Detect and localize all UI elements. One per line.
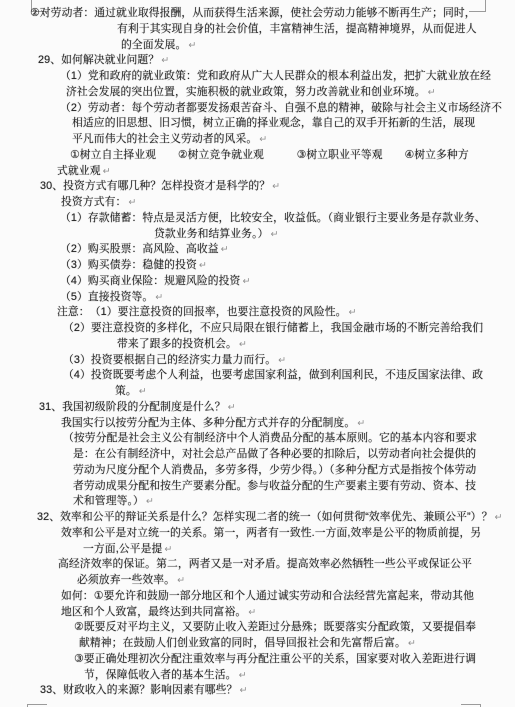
- paragraph-mark-icon: ↵: [248, 607, 256, 618]
- text-line-content: （1）党和政府的就业政策：党和政府从广大人民群众的根本利益出发，把扩大就业放在经: [60, 70, 491, 82]
- text-line: 必须放弃一些效率。↵: [0, 573, 515, 589]
- text-line: （4）投资既要考虑个人利益，也要考虑国家利益，做到利国利民，不违反国家法律、政: [0, 368, 515, 384]
- paragraph-mark-icon: ↵: [259, 134, 267, 145]
- text-line-content: 带来了跟多的投资机会。: [117, 338, 237, 350]
- text-line-content: 平凡而伟大的社会主义劳动者的风采。: [72, 133, 257, 145]
- text-line: 如何：①要允许和鼓励一部分地区和个人通过诚实劳动和合法经营先富起来，带动其他: [0, 589, 515, 605]
- text-line: 地区和个人致富，最终达到共同富裕。↵: [0, 605, 515, 621]
- paragraph-mark-icon: ↵: [128, 197, 136, 208]
- paragraph-mark-icon: ↵: [164, 544, 172, 555]
- text-line-content: 效率和公平是对立统一的关系。第一，两者有一致性.一方面,效率是公平的物质前提，另: [61, 527, 481, 539]
- text-line: （1）存款储蓄：特点是灵活方便，比较安全，收益低。（商业银行主要业务是存款业务、: [0, 211, 515, 227]
- text-line-content: 31、我国初级阶段的分配制度是什么？: [39, 401, 226, 413]
- text-line: 平凡而伟大的社会主义劳动者的风采。↵: [0, 132, 515, 148]
- text-line-content: 30、投资方式有哪几种？怎样投资才是科学的？: [40, 180, 270, 192]
- text-line-content: 相适应的旧思想、旧习惯，树立正确的择业观念，靠自己的双手开拓新的生活，展现: [72, 117, 475, 129]
- text-line-content: 术和管理等。）: [73, 495, 144, 507]
- text-line: 相适应的旧思想、旧习惯，树立正确的择业观念，靠自己的双手开拓新的生活，展现: [0, 116, 515, 132]
- paragraph-mark-icon: ↵: [103, 166, 111, 177]
- paragraph-mark-icon: ↵: [349, 307, 357, 318]
- text-line-content: 献精神；在鼓励人们创业致富的同时，倡导回报社会和先富帮后富。: [79, 637, 406, 649]
- text-line-content: 节，保障低收入者的基本生活。: [84, 669, 237, 681]
- text-line-content: ②既要反对平均主义，又要防止收入差距过分悬殊；既要落实分配政策，又要提倡奉: [74, 621, 476, 633]
- text-line: 术和管理等。）↵: [0, 494, 515, 510]
- text-line-content: （3）购买债券：稳健的投资: [60, 259, 197, 271]
- text-line-content: ①树立自主择业观 ②树立竞争就业观 ③树立职业平等观 ④树立多种方: [70, 149, 469, 161]
- text-line: 贷款业务和结算业务。）↵: [0, 227, 515, 243]
- text-line: 效率和公平是对立统一的关系。第一，两者有一致性.一方面,效率是公平的物质前提，另: [0, 526, 515, 542]
- paragraph-mark-icon: ↵: [272, 181, 280, 192]
- text-line-content: （2）要注意投资的多样化，不应只局限在银行储蓄上，我国金融市场的不断完善给我们: [63, 322, 483, 334]
- text-line-content: 的全面发展。: [121, 39, 186, 51]
- text-line-content: 注意： （1）要注意投资的回报率，也要注意投资的风险性。: [57, 306, 347, 318]
- text-line: （2）要注意投资的多样化，不应只局限在银行储蓄上，我国金融市场的不断完善给我们: [0, 321, 515, 337]
- paragraph-mark-icon: ↵: [239, 670, 247, 681]
- text-line-content: （2）劳动者：每个劳动者都要发扬艰苦奋斗、自强不息的精神，破除与社会主义市场经济…: [60, 102, 502, 114]
- text-line-content: （5）直接投资等。: [60, 291, 153, 303]
- text-line: 的全面发展。↵: [0, 38, 515, 54]
- text-line: 高经济效率的保证。第二，两者又是一对矛盾。提高效率必然牺牲一些公平或保证公平: [0, 557, 515, 573]
- text-line: 我国实行以按劳分配为主体、多种分配方式并存的分配制度。↵: [0, 416, 515, 432]
- text-line: 31、我国初级阶段的分配制度是什么？↵: [0, 400, 515, 416]
- text-line-content: 一方面,公平是提: [83, 543, 162, 555]
- document-content: ②对劳动者：通过就业取得报酬，从而获得生活来源，使社会劳动力能够不断再生产；同时…: [0, 6, 515, 699]
- text-line: （4）购买商业保险：规避风险的投资↵: [0, 274, 515, 290]
- text-line: 式就业观↵: [0, 164, 515, 180]
- text-line-content: 贷款业务和结算业务。）: [154, 228, 268, 240]
- text-line: ③要正确处理初次分配注重效率与再分配注重公平的关系，国家要对收入差距进行调: [0, 652, 515, 668]
- text-line-content: （4）投资既要考虑个人利益，也要考虑国家利益，做到利国利民，不违反国家法律、政: [63, 369, 483, 381]
- text-line-content: 29、如何解决就业问题？: [38, 54, 159, 66]
- paragraph-mark-icon: ↵: [188, 40, 196, 51]
- text-line-content: 我国实行以按劳分配为主体、多种分配方式并存的分配制度。: [61, 417, 355, 429]
- text-line: （5）直接投资等。↵: [0, 290, 515, 306]
- text-line: 是：在公有制经济中，对社会总产品做了各种必要的扣除后，以劳动者向社会提供的: [0, 447, 515, 463]
- text-line-content: 33、财政收入的来源？影响因素有哪些？: [40, 684, 237, 696]
- paragraph-mark-icon: ↵: [239, 339, 247, 350]
- text-line-content: 必须放弃一些效率。: [77, 574, 175, 586]
- text-line: 有利于其实现自身的社会价值，丰富精神生活，提高精神境界，从而促进人: [0, 22, 515, 38]
- text-line: 30、投资方式有哪几种？怎样投资才是科学的？↵: [0, 179, 515, 195]
- text-line-content: 策。: [115, 385, 137, 397]
- text-line: （按劳分配是社会主义公有制经济中个人消费品分配的基本原则。它的基本内容和要求: [0, 431, 515, 447]
- paragraph-mark-icon: ↵: [228, 402, 236, 413]
- text-line-content: 劳动为尺度分配个人消费品，多劳多得，少劳少得。）（多种分配方式是指按个体劳动: [73, 464, 476, 476]
- text-line-content: 有利于其实现自身的社会价值，丰富精神生活，提高精神境界，从而促进人: [117, 23, 477, 35]
- paragraph-mark-icon: ↵: [428, 87, 436, 98]
- text-line-content: （1）存款储蓄：特点是灵活方便，比较安全，收益低。（商业银行主要业务是存款业务、: [60, 212, 486, 224]
- text-line: 节，保障低收入者的基本生活。↵: [0, 668, 515, 684]
- text-line: 29、如何解决就业问题？↵: [0, 53, 515, 69]
- paragraph-mark-icon: ↵: [177, 575, 185, 586]
- text-line: ②对劳动者：通过就业取得报酬，从而获得生活来源，使社会劳动力能够不断再生产；同时…: [0, 6, 515, 22]
- text-line-content: 是：在公有制经济中，对社会总产品做了各种必要的扣除后，以劳动者向社会提供的: [73, 448, 476, 460]
- text-line-content: （按劳分配是社会主义公有制经济中个人消费品分配的基本原则。它的基本内容和要求: [63, 432, 477, 444]
- text-line-content: ③要正确处理初次分配注重效率与再分配注重公平的关系，国家要对收入差距进行调: [74, 653, 476, 665]
- text-line-content: （3）投资要根据自己的经济实力量力而行。: [63, 354, 276, 366]
- text-line: 者劳动成果分配和按生产要素分配。参与收益分配的生产要素主要有劳动、资本、技: [0, 479, 515, 495]
- text-line: 投资方式有：↵: [0, 195, 515, 211]
- text-line: 济社会发展的突出位置，实施积极的就业政策，努力改善就业和创业环境。↵: [0, 85, 515, 101]
- text-line-content: 济社会发展的突出位置，实施积极的就业政策，努力改善就业和创业环境。: [66, 86, 426, 98]
- text-line: （3）投资要根据自己的经济实力量力而行。↵: [0, 353, 515, 369]
- text-line-content: 32、效率和公平的辩证关系是什么？怎样实现二者的统一（如何贯彻“效率优先、兼顾公…: [37, 511, 492, 523]
- text-line: ②既要反对平均主义，又要防止收入差距过分悬殊；既要落实分配政策，又要提倡奉: [0, 620, 515, 636]
- paragraph-mark-icon: ↵: [139, 386, 147, 397]
- text-line: 献精神；在鼓励人们创业致富的同时，倡导回报社会和先富帮后富。↵: [0, 636, 515, 652]
- text-line-content: （4）购买商业保险：规避风险的投资: [60, 275, 240, 287]
- text-line-content: 者劳动成果分配和按生产要素分配。参与收益分配的生产要素主要有劳动、资本、技: [73, 480, 476, 492]
- text-line-content: ②对劳动者：通过就业取得报酬，从而获得生活来源，使社会劳动力能够不断再生产；同时…: [30, 7, 476, 19]
- paragraph-mark-icon: ↵: [221, 244, 229, 255]
- paragraph-mark-icon: ↵: [146, 496, 154, 507]
- text-line: （2）劳动者：每个劳动者都要发扬艰苦奋斗、自强不息的精神，破除与社会主义市场经济…: [0, 101, 515, 117]
- text-line: （1）党和政府的就业政策：党和政府从广大人民群众的根本利益出发，把扩大就业放在经: [0, 69, 515, 85]
- paragraph-mark-icon: ↵: [357, 418, 365, 429]
- text-line-content: 式就业观: [57, 165, 101, 177]
- paragraph-mark-icon: ↵: [161, 55, 169, 66]
- text-line-content: （2）购买股票：高风险、高收益: [60, 243, 219, 255]
- paragraph-mark-icon: ↵: [239, 685, 247, 696]
- paragraph-mark-icon: ↵: [155, 292, 163, 303]
- paragraph-mark-icon: ↵: [408, 638, 416, 649]
- text-line: 33、财政收入的来源？影响因素有哪些？↵: [0, 683, 515, 699]
- paragraph-mark-icon: ↵: [494, 512, 502, 523]
- text-line: ①树立自主择业观 ②树立竞争就业观 ③树立职业平等观 ④树立多种方: [0, 148, 515, 164]
- text-line: 带来了跟多的投资机会。↵: [0, 337, 515, 353]
- text-line: 32、效率和公平的辩证关系是什么？怎样实现二者的统一（如何贯彻“效率优先、兼顾公…: [0, 510, 515, 526]
- text-line-content: 投资方式有：: [61, 196, 126, 208]
- text-line: （3）购买债券：稳健的投资↵: [0, 258, 515, 274]
- text-line-content: 高经济效率的保证。第二，两者又是一对矛盾。提高效率必然牺牲一些公平或保证公平: [58, 558, 472, 570]
- document-page: ②对劳动者：通过就业取得报酬，从而获得生活来源，使社会劳动力能够不断再生产；同时…: [0, 0, 515, 707]
- text-line: 劳动为尺度分配个人消费品，多劳多得，少劳少得。）（多种分配方式是指按个体劳动: [0, 463, 515, 479]
- text-line: 注意： （1）要注意投资的回报率，也要注意投资的风险性。↵: [0, 305, 515, 321]
- paragraph-mark-icon: ↵: [278, 355, 286, 366]
- text-line-content: 如何：①要允许和鼓励一部分地区和个人通过诚实劳动和合法经营先富起来，带动其他: [61, 590, 474, 602]
- paragraph-mark-icon: ↵: [242, 276, 250, 287]
- text-line: 一方面,公平是提↵: [0, 542, 515, 558]
- text-line-content: 地区和个人致富，最终达到共同富裕。: [61, 606, 246, 618]
- paragraph-mark-icon: ↵: [270, 229, 278, 240]
- text-line: （2）购买股票：高风险、高收益↵: [0, 242, 515, 258]
- paragraph-mark-icon: ↵: [199, 260, 207, 271]
- text-line: 策。↵: [0, 384, 515, 400]
